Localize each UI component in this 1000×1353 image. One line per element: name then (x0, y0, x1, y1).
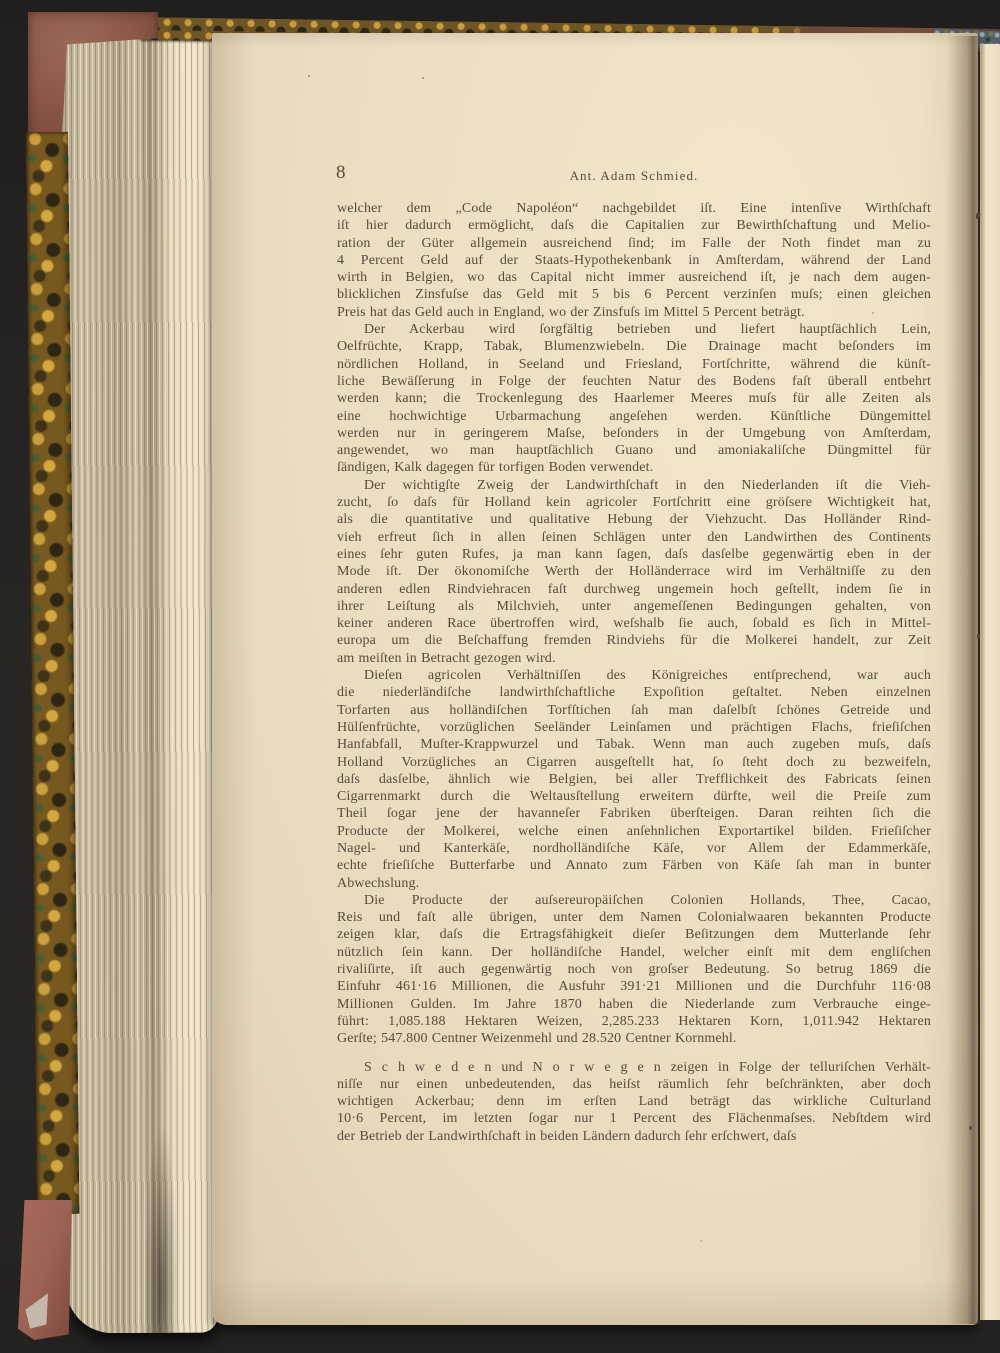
paragraph: Der wichtigſte Zweig der Landwirthſchaft… (337, 477, 931, 667)
text-line: Hülſenfrüchte, vorzüglichen Seeländer Le… (337, 719, 931, 736)
text-line: Mode iſt. Der ökonomiſche Werth der Holl… (337, 563, 931, 580)
running-header: Ant. Adam Schmied. (337, 168, 931, 184)
text-line: Hanfabfall, Muſter-Krappwurzel und Tabak… (337, 736, 931, 753)
text-line: wirth in Belgien, wo das Capital nicht i… (337, 269, 931, 286)
text-line: Reis und faſt alle übrigen, unter dem Na… (337, 909, 931, 926)
text-line: der Betrieb der Landwirthſchaft in beide… (337, 1128, 931, 1145)
text-line: führt: 1,085.188 Hektaren Weizen, 2,285.… (337, 1013, 931, 1030)
text-line: Der Ackerbau wird ſorgfältig betrieben u… (337, 321, 931, 338)
text-line: Theil ſogar jene der havanneſer Fabriken… (337, 805, 931, 822)
fore-edge-recess-shadow (144, 1120, 178, 1335)
body-text: welcher dem „Code Napoléon“ nachgebildet… (337, 200, 931, 1145)
book-scan-scene: 8 Ant. Adam Schmied. welcher dem „Code N… (0, 0, 1000, 1353)
text-line: ſändigen, Kalk dagegen für torfigen Bode… (337, 459, 931, 476)
page-fore-edges (62, 27, 219, 1334)
text-line: Gerſte; 547.800 Centner Weizenmehl und 2… (337, 1030, 931, 1047)
paragraph: Der Ackerbau wird ſorgfältig betrieben u… (337, 321, 931, 477)
text-line: Einfuhr 461·16 Millionen, die Ausfuhr 39… (337, 978, 931, 995)
paragraph: S c h w e d e n und N o r w e g e n zeig… (337, 1059, 931, 1145)
text-line: werden nur in geringerem Maſse, beſonder… (337, 425, 931, 442)
text-line: als die quantitative und qualitative Heb… (337, 511, 931, 528)
text-line: blicklichen Zinsfuſse das Geld mit 5 bis… (337, 286, 931, 303)
gutter-fold-shadow (946, 36, 980, 1324)
text-line: Dieſen agricolen Verhältniſſen des König… (337, 667, 931, 684)
paragraph: Die Producte der auſsereuropäiſchen Colo… (337, 892, 931, 1048)
text-line: am meiſten in Betracht gezogen wird. (337, 650, 931, 667)
text-line: zucht, ſo daſs für Holland kein agricole… (337, 494, 931, 511)
text-line: Producte der Molkerei, welche einen anſe… (337, 823, 931, 840)
facing-page-sliver (980, 44, 1000, 1320)
paragraph: welcher dem „Code Napoléon“ nachgebildet… (337, 200, 931, 321)
paper-speck (700, 1240, 702, 1242)
text-line: S c h w e d e n und N o r w e g e n zeig… (337, 1059, 931, 1076)
text-line: vieh erfreut ſich in allen ſeinen Schläg… (337, 529, 931, 546)
text-line: nützlich ſein kann. Der holländiſche Han… (337, 944, 931, 961)
text-line: liche Bewäſſerung in Folge der feuchten … (337, 373, 931, 390)
text-line: Cigarrenmarkt durch die Weltausſtellung … (337, 788, 931, 805)
text-line: eines ſehr guten Rufes, ja man kann ſage… (337, 546, 931, 563)
text-line: ihrer Leiſtung als Milchvieh, unter ange… (337, 598, 931, 615)
text-line: Preis hat das Geld auch in England, wo d… (337, 304, 931, 321)
text-line: anderen edlen Rindviehracen faſt durchwe… (337, 581, 931, 598)
text-line: Holland Vorzügliches an Cigarren ausgeſt… (337, 754, 931, 771)
book-page: 8 Ant. Adam Schmied. welcher dem „Code N… (212, 33, 978, 1325)
text-line: keiner anderen Race übertroffen wird, we… (337, 615, 931, 632)
text-line: werden kann; die Trockenlegung des Haarl… (337, 390, 931, 407)
text-line: eine hochwichtige Urbarmachung angeſehen… (337, 408, 931, 425)
text-line: 10·6 Percent, im letzten ſogar nur 1 Per… (337, 1110, 931, 1127)
paper-speck (422, 77, 424, 79)
text-line: Oelfrüchte, Krapp, Tabak, Blumenzwiebeln… (337, 338, 931, 355)
text-line: wichtigen Ackerbau; denn im erſten Land … (337, 1093, 931, 1110)
text-line: Torfarten aus holländiſchen Torfſtichen … (337, 702, 931, 719)
text-line: nördlichen Holland, in Seeland und Fries… (337, 356, 931, 373)
text-line: Millionen Gulden. Im Jahre 1870 haben di… (337, 996, 931, 1013)
text-line: europa um die Beſchaffung fremden Rindvi… (337, 632, 931, 649)
paper-speck (872, 312, 874, 314)
text-line: echte frieſiſche Butterfarbe und Annato … (337, 857, 931, 874)
text-line: Abwechslung. (337, 875, 931, 892)
text-line: niſſe nur einen unbedeutenden, das heiſs… (337, 1076, 931, 1093)
text-line: ration der Güter allgemein ausreichend ſ… (337, 235, 931, 252)
text-line: die niederländiſche landwirthſchaftliche… (337, 684, 931, 701)
text-line: Die Producte der auſsereuropäiſchen Colo… (337, 892, 931, 909)
text-line: angewendet, wo man hauptſächlich Guano u… (337, 442, 931, 459)
text-line: zeigen klar, daſs die Ertragsfähigkeit d… (337, 926, 931, 943)
text-line: welcher dem „Code Napoléon“ nachgebildet… (337, 200, 931, 217)
text-line: 4 Percent Geld auf der Staats-Hypotheken… (337, 252, 931, 269)
paper-speck (308, 75, 310, 77)
text-line: rivaliſirte, iſt auch gegenwärtig noch v… (337, 961, 931, 978)
paragraph: Dieſen agricolen Verhältniſſen des König… (337, 667, 931, 892)
text-line: iſt hier dadurch ermöglicht, daſs die Ca… (337, 217, 931, 234)
text-line: Nagel- und Kanterkäſe, nordholländiſche … (337, 840, 931, 857)
text-line: daſs dasſelbe, ähnlich wie Belgien, bei … (337, 771, 931, 788)
text-line: Der wichtigſte Zweig der Landwirthſchaft… (337, 477, 931, 494)
